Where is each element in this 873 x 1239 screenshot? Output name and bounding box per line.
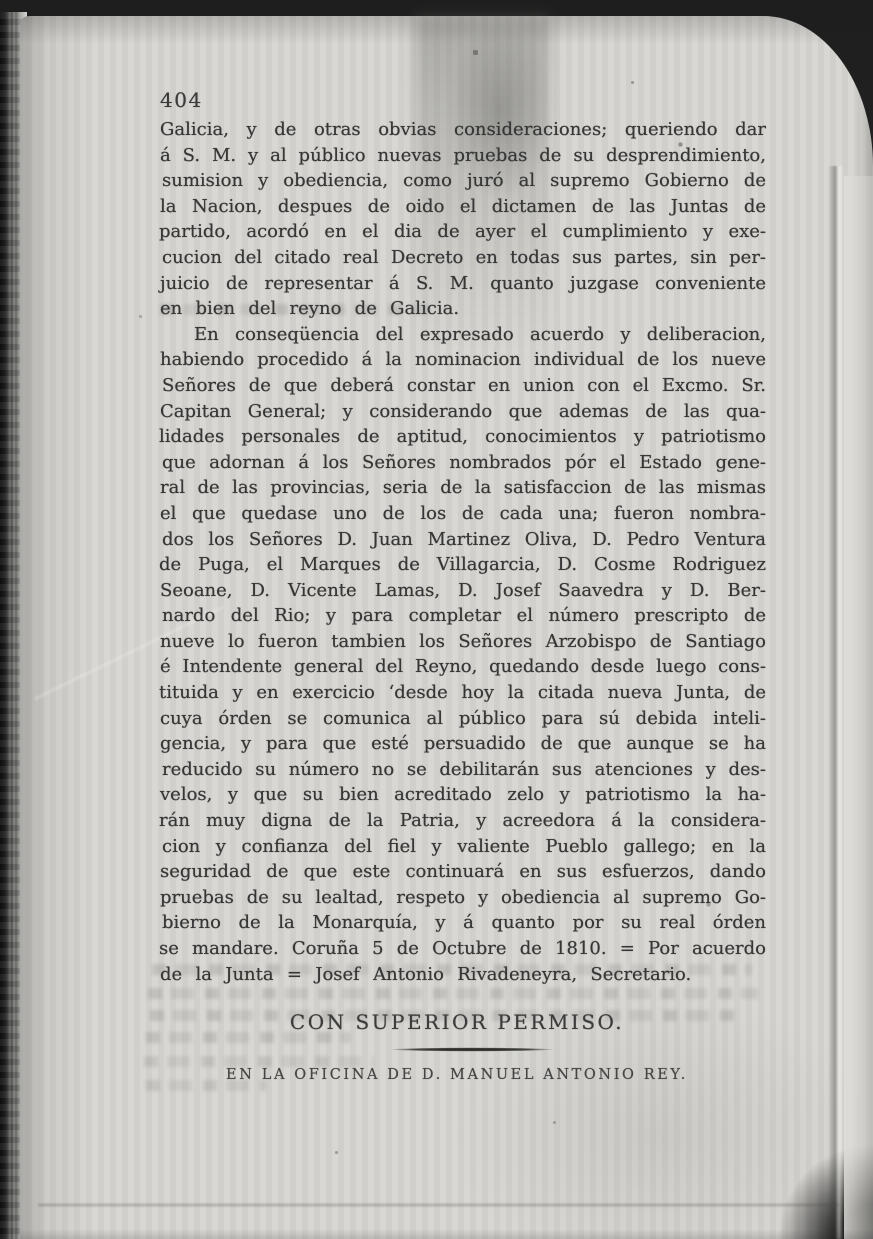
text-line: cion y confianza del fiel y valiente Pue…	[162, 834, 766, 860]
text-line: á S. M. y al público nuevas pruebas de s…	[160, 143, 766, 169]
imprint-permission-line: CON SUPERIOR PERMISO.	[154, 1010, 760, 1034]
text-line: habiendo procedido á la nominacion indiv…	[160, 347, 766, 373]
page-bottom-shadow	[20, 1229, 873, 1239]
book-scan: 404 Galicia, y de otras obvias considera…	[0, 0, 873, 1239]
text-line: Capitan General; y considerando que adem…	[160, 399, 766, 425]
text-line: en bien del reyno de Galicia.	[160, 296, 766, 322]
text-line: partido, acordó en el dia de ayer el cum…	[159, 219, 766, 245]
bleed-through-smudge	[144, 1056, 374, 1067]
text-line: bierno de la Monarquía, y á quanto por s…	[162, 910, 766, 936]
paragraph-1: Galicia, y de otras obvias consideracion…	[160, 117, 766, 322]
decorative-swelled-rule	[366, 1047, 578, 1052]
text-line: el que quedase uno de los de cada una; f…	[160, 501, 766, 527]
text-line: dos los Señores D. Juan Martinez Oliva, …	[162, 527, 766, 553]
text-line: de la Junta = Josef Antonio Rivadeneyra,…	[160, 962, 766, 988]
text-line: de Puga, el Marques de Villagarcia, D. C…	[159, 552, 766, 578]
text-line: tituida y en exercicio ‘desde hoy la cit…	[159, 680, 766, 706]
text-line: la Nacion, despues de oido el dictamen d…	[160, 194, 766, 220]
text-line: nueve lo fueron tambien los Señores Arzo…	[160, 629, 766, 655]
text-line: gencia, y para que esté persuadido de qu…	[160, 731, 766, 757]
text-line: sumision y obediencia, como juró al supr…	[162, 168, 766, 194]
text-line: lidades personales de aptitud, conocimie…	[159, 424, 766, 450]
ink-specks	[20, 16, 21, 17]
text-line: se mandare. Coruña 5 de Octubre de 1810.…	[159, 936, 766, 962]
page-crease	[828, 166, 844, 1239]
page-bottom-edge	[38, 1204, 839, 1206]
text-line: Seoane, D. Vicente Lamas, D. Josef Saave…	[160, 578, 766, 604]
text-line: que adornan á los Señores nombrados pór …	[162, 450, 766, 476]
imprint-printer-line: EN LA OFICINA DE D. MANUEL ANTONIO REY.	[154, 1067, 760, 1083]
text-line: rán muy digna de la Patria, y acreedora …	[159, 808, 766, 834]
text-line: Señores de que deberá constar en union c…	[162, 373, 766, 399]
text-line: pruebas de su lealtad, respeto y obedien…	[160, 885, 766, 911]
text-line: En conseqüencia del expresado acuerdo y …	[160, 322, 766, 348]
text-line: Galicia, y de otras obvias consideracion…	[160, 117, 766, 143]
page-number: 404	[160, 88, 203, 112]
page-text: Galicia, y de otras obvias consideracion…	[160, 117, 766, 987]
text-line: nardo del Rio; y para completar el númer…	[162, 603, 766, 629]
book-page: 404 Galicia, y de otras obvias considera…	[20, 16, 873, 1239]
bleed-through-smudge	[148, 988, 758, 999]
text-line: é Intendente general del Reyno, quedando…	[160, 654, 766, 680]
text-line: ral de las provincias, seria de la satis…	[160, 475, 766, 501]
text-line: seguridad de que este continuará en sus …	[160, 859, 766, 885]
text-line: cuya órden se comunica al público para s…	[160, 706, 766, 732]
text-line: cucion del citado real Decreto en todas …	[162, 245, 766, 271]
paragraph-2: En conseqüencia del expresado acuerdo y …	[160, 322, 766, 987]
text-line: velos, y que su bien acreditado zelo y p…	[160, 782, 766, 808]
text-line: reducido su número no se debilitarán sus…	[162, 757, 766, 783]
text-line: juicio de representar á S. M. quanto juz…	[160, 271, 766, 297]
page-edge-right	[844, 176, 873, 1239]
